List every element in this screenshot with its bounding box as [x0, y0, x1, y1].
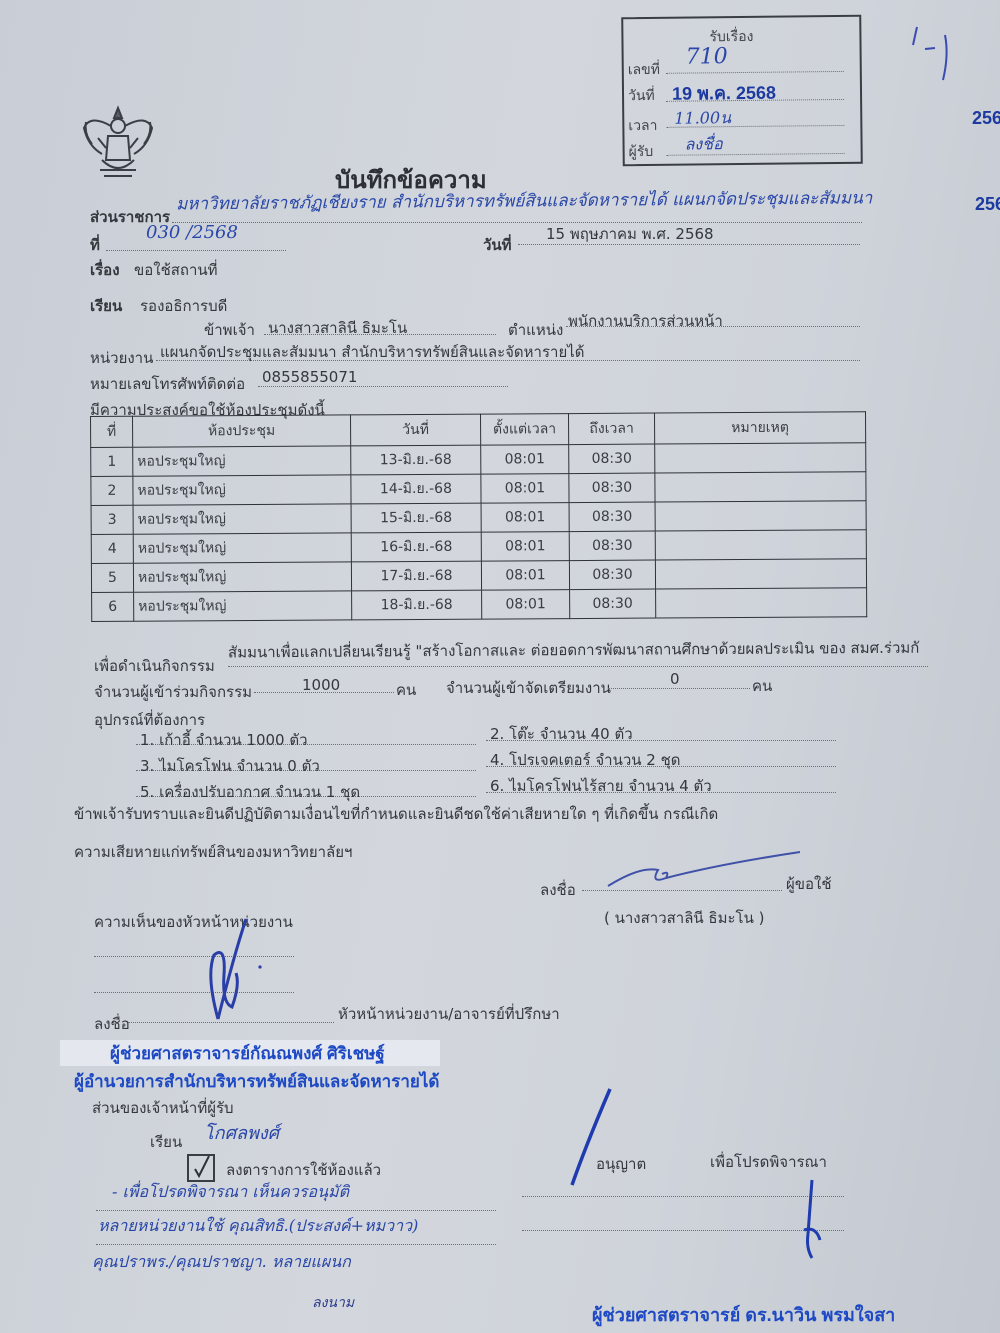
ref-label: ที่ [90, 233, 100, 257]
col-header-date: วันที่ [350, 414, 480, 446]
room-scheduled-label: ลงตารางการใช้ห้องแล้ว [226, 1158, 381, 1182]
start-time: 08:01 [481, 503, 569, 533]
pen-mark [905, 15, 955, 85]
table-row: 2หอประชุมใหญ่14-มิ.ย.-6808:0108:30 [91, 472, 866, 506]
row-number: 2 [91, 476, 133, 505]
col-header-room: ห้องประชุม [133, 415, 351, 447]
margin-stamp: 2568 [975, 194, 1000, 215]
head-signature [196, 915, 276, 1025]
end-time: 08:30 [569, 473, 655, 503]
purpose-value: สัมมนาเพื่อแลกเปลี่ยนเรียนรู้ "สร้างโอกา… [228, 636, 933, 665]
phone-value: 0855855071 [262, 368, 357, 386]
remark [655, 530, 866, 560]
col-header-start: ตั้งแต่เวลา [480, 414, 568, 446]
booking-date: 15-มิ.ย.-68 [351, 503, 481, 533]
date-label: วันที่ [483, 233, 512, 257]
table-header-row: ที่ ห้องประชุม วันที่ ตั้งแต่เวลา ถึงเวล… [91, 412, 866, 448]
subject-label: เรื่อง [90, 258, 120, 282]
receipt-time-label: เวลา [628, 115, 657, 137]
row-number: 3 [91, 505, 133, 534]
booking-table: ที่ ห้องประชุม วันที่ ตั้งแต่เวลา ถึงเวล… [90, 411, 867, 622]
participants-label: จำนวนผู้เข้าร่วมกิจกรรม [94, 680, 252, 704]
agreement-line-1: ข้าพเจ้ารับทราบและยินดีปฏิบัติตามเงื่อนไ… [74, 802, 718, 826]
col-header-no: ที่ [91, 416, 133, 447]
row-number: 5 [91, 563, 133, 592]
subject-value: ขอใช้สถานที่ [134, 258, 218, 282]
phone-label: หมายเลขโทรศัพท์ติดต่อ [90, 372, 245, 396]
remark [655, 501, 866, 531]
officer-initials: ลงนาม [312, 1292, 354, 1314]
room-name: หอประชุมใหญ่ [133, 533, 351, 563]
participants-value: 1000 [302, 676, 340, 694]
room-scheduled-checkbox[interactable] [187, 1154, 215, 1182]
start-time: 08:01 [482, 590, 570, 620]
receipt-date-value: 19 พ.ค. 2568 [672, 78, 776, 108]
unit-value: แผนกจัดประชุมและสัมมนา สำนักบริหารทรัพย์… [160, 340, 585, 364]
ref-value: 030 /2568 [146, 222, 238, 243]
start-time: 08:01 [481, 474, 569, 504]
end-time: 08:30 [569, 560, 655, 590]
position-value: พนักงานบริการส่วนหน้า [568, 309, 723, 333]
requester-printed-name: ( นางสาวสาลินี ธิมะโน ) [604, 906, 764, 930]
end-time: 08:30 [569, 502, 655, 532]
receipt-time-value: 11.00น [674, 106, 731, 132]
head-stamp-title: ผู้อำนวยการสำนักบริหารทรัพย์สินและจัดหาร… [74, 1068, 439, 1095]
requester-name-label: ข้าพเจ้า [204, 318, 255, 342]
agreement-line-2: ความเสียหายแก่ทรัพย์สินของมหาวิทยาลัยฯ [74, 840, 352, 864]
approver-signature [798, 1178, 828, 1263]
remark [655, 443, 866, 473]
row-number: 1 [91, 447, 133, 476]
start-time: 08:01 [481, 532, 569, 562]
consider-label: เพื่อโปรดพิจารณา [710, 1150, 827, 1174]
start-time: 08:01 [481, 561, 569, 591]
end-time: 08:30 [569, 444, 655, 474]
staff-label: จำนวนผู้เข้าจัดเตรียมงาน [446, 676, 611, 700]
position-label: ตำแหน่ง [508, 318, 563, 342]
booking-date: 13-มิ.ย.-68 [351, 445, 481, 475]
booking-date: 17-มิ.ย.-68 [351, 561, 481, 591]
end-time: 08:30 [570, 589, 656, 619]
receipt-number-value: 710 [686, 44, 728, 69]
col-header-end: ถึงเวลา [568, 413, 654, 445]
officer-note-line: - เพื่อโปรดพิจารณา เห็นควรอนุมัติ [112, 1180, 349, 1205]
equipment-item: 4. โปรเจคเตอร์ จำนวน 2 ชุด [490, 748, 681, 772]
staff-unit: คน [752, 674, 772, 698]
to-value: รองอธิการบดี [140, 294, 227, 318]
garuda-emblem-icon [80, 104, 156, 184]
officer-section-label: ส่วนของเจ้าหน้าที่ผู้รับ [92, 1096, 234, 1120]
participants-unit: คน [396, 678, 416, 702]
requester-sign-label: ลงชื่อ [540, 878, 576, 902]
to-label: เรียน [90, 294, 122, 318]
equipment-item: 6. ไมโครโฟนไร้สาย จำนวน 4 ตัว [490, 774, 712, 798]
table-row: 4หอประชุมใหญ่16-มิ.ย.-6808:0108:30 [91, 530, 866, 564]
approver-stamp: ผู้ช่วยศาสตราจารย์ ดร.นาวิน พรมใจสา [592, 1300, 895, 1329]
approve-label: อนุญาต [596, 1152, 646, 1176]
requester-sign-role: ผู้ขอใช้ [786, 872, 832, 896]
margin-stamp: 2568 [972, 108, 1000, 129]
requester-name-value: นางสาวสาลินี ธิมะโน [268, 316, 407, 340]
purpose-label: เพื่อดำเนินกิจกรรม [94, 654, 215, 678]
row-number: 6 [92, 592, 134, 621]
receipt-stamp: รับเรื่อง เลขที่ 710 วันที่ 19 พ.ค. 2568… [621, 15, 863, 167]
equipment-item: 5. เครื่องปรับอากาศ จำนวน 1 ชุด [140, 780, 360, 804]
table-row: 6หอประชุมใหญ่18-มิ.ย.-6808:0108:30 [92, 588, 867, 622]
receipt-receiver-value: ลงชื่อ [684, 132, 722, 157]
room-name: หอประชุมใหญ่ [133, 446, 351, 476]
receipt-receiver-label: ผู้รับ [629, 141, 654, 163]
room-name: หอประชุมใหญ่ [133, 504, 351, 534]
table-row: 1หอประชุมใหญ่13-มิ.ย.-6808:0108:30 [91, 443, 866, 477]
row-number: 4 [91, 534, 133, 563]
equipment-item: 2. โต๊ะ จำนวน 40 ตัว [490, 722, 633, 746]
remark [655, 559, 866, 589]
booking-date: 16-มิ.ย.-68 [351, 532, 481, 562]
requester-signature [600, 848, 810, 893]
room-name: หอประชุมใหญ่ [133, 562, 351, 592]
receipt-number-label: เลขที่ [628, 59, 660, 81]
table-row: 3หอประชุมใหญ่15-มิ.ย.-6808:0108:30 [91, 501, 866, 535]
officer-to-value: โกศลพงศ์ [204, 1118, 279, 1147]
col-header-remark: หมายเหตุ [654, 412, 865, 444]
booking-date: 14-มิ.ย.-68 [351, 474, 481, 504]
start-time: 08:01 [481, 445, 569, 475]
unit-label: หน่วยงาน [90, 346, 153, 370]
agency-value: มหาวิทยาลัยราชภัฏเชียงราย สำนักบริหารทรั… [176, 184, 966, 218]
checkmark-icon [189, 1156, 213, 1180]
officer-note-line: คุณปราพร./คุณปราชญา. หลายแผนก [92, 1250, 351, 1275]
remark [655, 472, 866, 502]
remark [656, 588, 867, 618]
head-sign-label: ลงชื่อ [94, 1012, 130, 1036]
end-time: 08:30 [569, 531, 655, 561]
room-name: หอประชุมใหญ่ [133, 475, 351, 505]
equipment-item: 3. ไมโครโฟน จำนวน 0 ตัว [140, 754, 320, 778]
table-row: 5หอประชุมใหญ่17-มิ.ย.-6808:0108:30 [91, 559, 866, 593]
staff-value: 0 [670, 670, 680, 688]
head-sign-role: หัวหน้าหน่วยงาน/อาจารย์ที่ปรึกษา [338, 1002, 560, 1026]
booking-date: 18-มิ.ย.-68 [352, 590, 482, 620]
equipment-item: 1. เก้าอี้ จำนวน 1000 ตัว [140, 728, 308, 752]
officer-to-label: เรียน [150, 1130, 182, 1154]
date-value: 15 พฤษภาคม พ.ศ. 2568 [546, 222, 714, 246]
officer-note-line: หลายหน่วยงานใช้ คุณสิทธิ.(ประสงค์+หมวาว) [98, 1214, 418, 1239]
head-stamp-name: ผู้ช่วยศาสตราจารย์กัณณพงศ์ ศิริเชษฐ์ [110, 1040, 385, 1067]
room-name: หอประชุมใหญ่ [134, 591, 352, 621]
receipt-date-label: วันที่ [628, 85, 655, 107]
